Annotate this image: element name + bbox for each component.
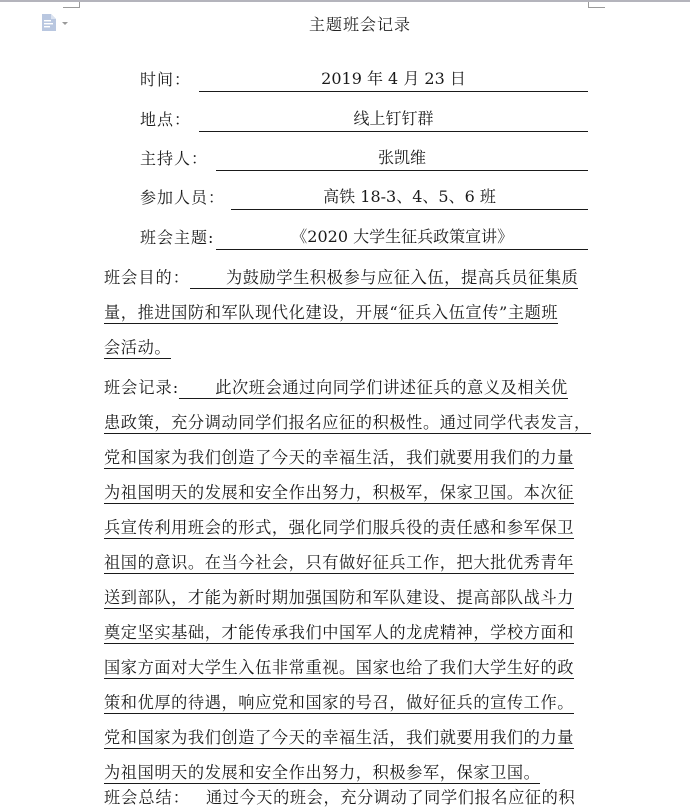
record-line-10: 策和优厚的待遇，响应党和国家的号召，做好征兵的宣传工作。 <box>104 685 588 720</box>
purpose-line-2: 量，推进国防和军队现代化建设，开展“征兵入伍宣传”主题班 <box>104 295 588 330</box>
page-top-edge <box>0 0 690 2</box>
purpose-text-2[interactable]: 量，推进国防和军队现代化建设，开展“征兵入伍宣传”主题班 <box>104 303 558 324</box>
field-theme-label: 班会主题: <box>140 225 214 250</box>
margin-corner-mark-left <box>63 2 80 8</box>
field-location-value[interactable]: 线上钉钉群 <box>199 106 588 132</box>
record-text-1[interactable]: 此次班会通过向同学们讲述征兵的意义及相关优 <box>215 378 568 397</box>
record-line-11: 党和国家为我们创造了今天的幸福生活，我们就要用我们的力量 <box>104 720 588 755</box>
record-line-2: 患政策，充分调动同学们报名应征的积极性。通过同学代表发言， <box>104 405 588 440</box>
record-line-1: 班会记录:此次班会通过向同学们讲述征兵的意义及相关优 <box>104 370 588 405</box>
record-line-6: 祖国的意识。在当今社会，只有做好征兵工作，把大批优秀青年 <box>104 545 588 580</box>
field-host-value[interactable]: 张凯维 <box>216 145 588 171</box>
section-purpose: 班会目的：为鼓励学生积极参与应征入伍，提高兵员征集质 量，推进国防和军队现代化建… <box>104 260 588 365</box>
record-text-3[interactable]: 党和国家为我们创造了今天的幸福生活，我们就要用我们的力量 <box>104 448 574 469</box>
field-time: 时间： 2019 年 4 月 23 日 <box>140 66 588 92</box>
document-title: 主题班会记录 <box>0 12 690 35</box>
record-line-9: 国家方面对大学生入伍非常重视。国家也给了我们大学生好的政 <box>104 650 588 685</box>
field-time-label: 时间： <box>140 67 191 92</box>
record-text-10[interactable]: 策和优厚的待遇，响应党和国家的号召，做好征兵的宣传工作。 <box>104 693 574 714</box>
section-record: 班会记录:此次班会通过向同学们讲述征兵的意义及相关优 患政策，充分调动同学们报名… <box>104 370 588 790</box>
record-line-3: 党和国家为我们创造了今天的幸福生活，我们就要用我们的力量 <box>104 440 588 475</box>
field-attendees-label: 参加人员： <box>140 185 225 210</box>
record-text-5[interactable]: 兵宣传利用班会的形式，强化同学们服兵役的责任感和参军保卫 <box>104 518 574 539</box>
field-location-label: 地点： <box>140 107 191 132</box>
record-text-9[interactable]: 国家方面对大学生入伍非常重视。国家也给了我们大学生好的政 <box>104 658 574 679</box>
purpose-label: 班会目的： <box>104 268 190 287</box>
record-text-8[interactable]: 奠定坚实基础，才能传承我们中国军人的龙虎精神，学校方面和 <box>104 623 574 644</box>
record-text-4[interactable]: 为祖国明天的发展和安全作出努力，积极军，保家卫国。本次征 <box>104 483 574 504</box>
record-text-6[interactable]: 祖国的意识。在当今社会，只有做好征兵工作，把大批优秀青年 <box>104 553 574 574</box>
record-line-4: 为祖国明天的发展和安全作出努力，积极军，保家卫国。本次征 <box>104 475 588 510</box>
margin-corner-mark-right <box>588 2 605 8</box>
record-label: 班会记录: <box>104 378 179 397</box>
summary-label: 班会总结： <box>104 788 190 807</box>
field-location: 地点： 线上钉钉群 <box>140 106 588 132</box>
record-text-2[interactable]: 患政策，充分调动同学们报名应征的积极性。通过同学代表发言， <box>104 413 591 434</box>
purpose-text-1[interactable]: 为鼓励学生积极参与应征入伍，提高兵员征集质 <box>226 268 579 287</box>
record-line-7: 送到部队，才能为新时期加强国防和军队建设、提高部队战斗力 <box>104 580 588 615</box>
purpose-text-3[interactable]: 会活动。 <box>104 338 171 359</box>
section-summary: 班会总结：通过今天的班会，充分调动了同学们报名应征的积 <box>104 780 588 808</box>
record-line-8: 奠定坚实基础，才能传承我们中国军人的龙虎精神，学校方面和 <box>104 615 588 650</box>
summary-line-1: 班会总结：通过今天的班会，充分调动了同学们报名应征的积 <box>104 780 588 808</box>
record-line-5: 兵宣传利用班会的形式，强化同学们服兵役的责任感和参军保卫 <box>104 510 588 545</box>
field-host: 主持人： 张凯维 <box>140 145 588 171</box>
field-host-label: 主持人： <box>140 146 208 171</box>
field-theme-value[interactable]: 《2020 大学生征兵政策宣讲》 <box>216 224 588 250</box>
field-time-value[interactable]: 2019 年 4 月 23 日 <box>199 66 588 92</box>
purpose-line-3: 会活动。 <box>104 330 588 365</box>
record-text-7[interactable]: 送到部队，才能为新时期加强国防和军队建设、提高部队战斗力 <box>104 588 574 609</box>
record-text-11[interactable]: 党和国家为我们创造了今天的幸福生活，我们就要用我们的力量 <box>104 728 574 749</box>
purpose-line-1: 班会目的：为鼓励学生积极参与应征入伍，提高兵员征集质 <box>104 260 588 295</box>
field-theme: 班会主题: 《2020 大学生征兵政策宣讲》 <box>140 224 588 250</box>
field-attendees-value[interactable]: 高铁 18-3、4、5、6 班 <box>231 184 588 210</box>
field-attendees: 参加人员： 高铁 18-3、4、5、6 班 <box>140 184 588 210</box>
summary-text-1[interactable]: 通过今天的班会，充分调动了同学们报名应征的积 <box>206 788 575 807</box>
